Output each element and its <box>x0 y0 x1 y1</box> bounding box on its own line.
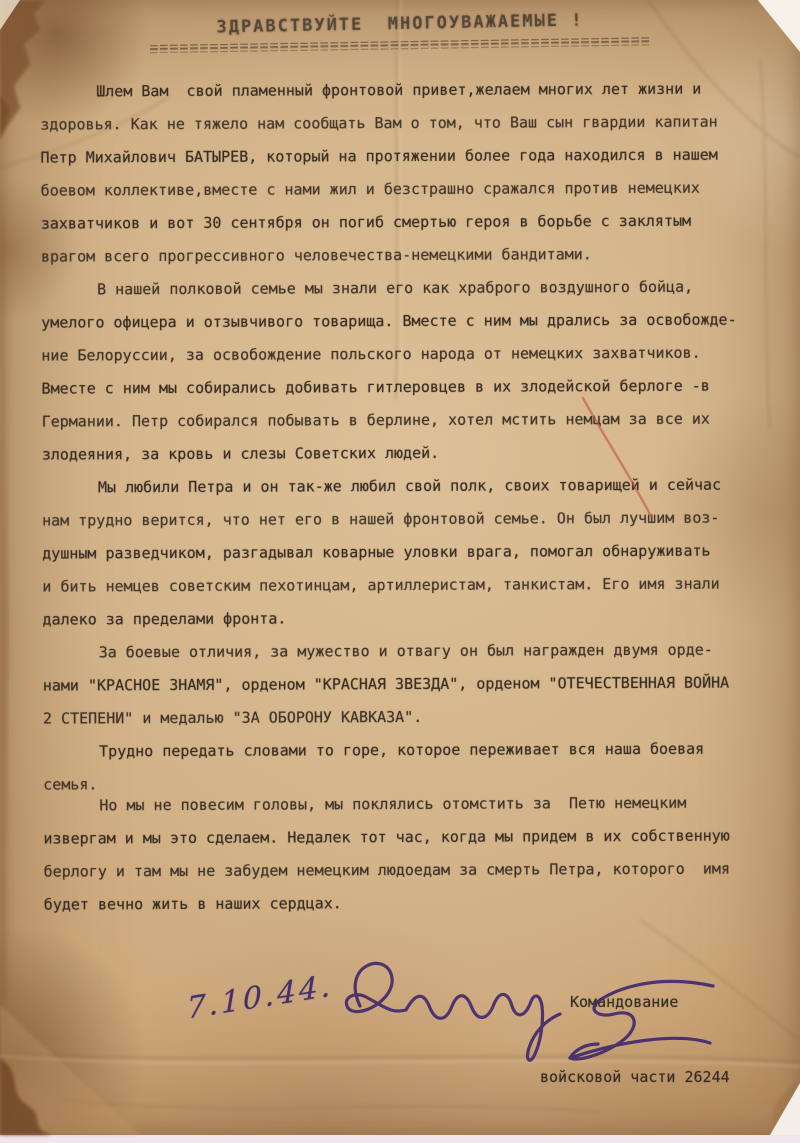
typed-line: нами "КРАСНОЕ ЗНАМЯ", орденом "КРАСНАЯ З… <box>43 666 759 702</box>
typed-line: душным разведчиком, разгадывал коварные … <box>42 534 758 570</box>
typed-line: злодеяния, за кровь и слезы Советских лю… <box>42 435 758 471</box>
typed-line: Трудно передать словами то горе, которое… <box>43 732 759 768</box>
typed-line: далеко за пределами фронта. <box>42 600 758 636</box>
typed-line: 2 СТЕПЕНИ" и медалью "ЗА ОБОРОНУ КАВКАЗА… <box>43 699 759 735</box>
typed-line: извергам и мы это сделаем. Недалек тот ч… <box>43 819 759 855</box>
typed-line: захватчиков и вот 30 сентября он погиб с… <box>41 204 757 240</box>
typed-line: здоровья. Как не тяжело нам сообщать Вам… <box>40 105 756 141</box>
typed-line: ние Белоруссии, за освобождение польског… <box>41 336 757 372</box>
typed-line: Шлем Вам свой пламенный фронтовой привет… <box>40 72 756 108</box>
typed-line: В нашей полковой семье мы знали его как … <box>41 270 757 306</box>
handwritten-signature <box>318 948 718 1083</box>
typed-line: будет вечно жить в наших сердцах. <box>44 885 760 921</box>
typed-line: За боевые отличия, за мужество и отвагу … <box>43 633 759 669</box>
typed-line: Но мы не повесим головы, мы поклялись от… <box>43 786 759 822</box>
typed-letter: ЗДРАВСТВУЙТЕ МНОГОУВАЖАЕМЫЕ ! ==========… <box>42 14 758 920</box>
typed-line: умелого офицера и отзывчивого товарища. … <box>41 303 757 339</box>
typed-line: боевом коллективе,вместе с нами жил и бе… <box>41 171 757 207</box>
typed-line: врагом всего прогрессивного человечества… <box>41 237 757 273</box>
paragraph: Шлем Вам свой пламенный фронтовой привет… <box>40 72 757 273</box>
paragraph: Но мы не повесим головы, мы поклялись от… <box>43 786 760 921</box>
typed-line: берлогу и там мы не забудем немецким люд… <box>44 852 760 888</box>
typed-line: нам трудно верится, что нет его в нашей … <box>42 501 758 537</box>
scanned-letter-page: ЗДРАВСТВУЙТЕ МНОГОУВАЖАЕМЫЕ ! ==========… <box>0 0 800 1143</box>
typed-line: Вместе с ним мы собирались добивать гитл… <box>41 369 757 405</box>
letter-body: Шлем Вам свой пламенный фронтовой привет… <box>40 72 760 921</box>
typed-line: Германии. Петр собирался побывать в берл… <box>42 402 758 438</box>
paragraph: За боевые отличия, за мужество и отвагу … <box>43 633 759 735</box>
typed-line: и бить немцев советским пехотинцам, арти… <box>42 567 758 603</box>
paragraph: Мы любили Петра и он так-же любил свой п… <box>42 468 759 636</box>
paragraph: В нашей полковой семье мы знали его как … <box>41 270 758 471</box>
typed-line: Мы любили Петра и он так-же любил свой п… <box>42 468 758 504</box>
typed-line: Петр Михайлович БАТЫРЕВ, который на прот… <box>40 138 756 174</box>
